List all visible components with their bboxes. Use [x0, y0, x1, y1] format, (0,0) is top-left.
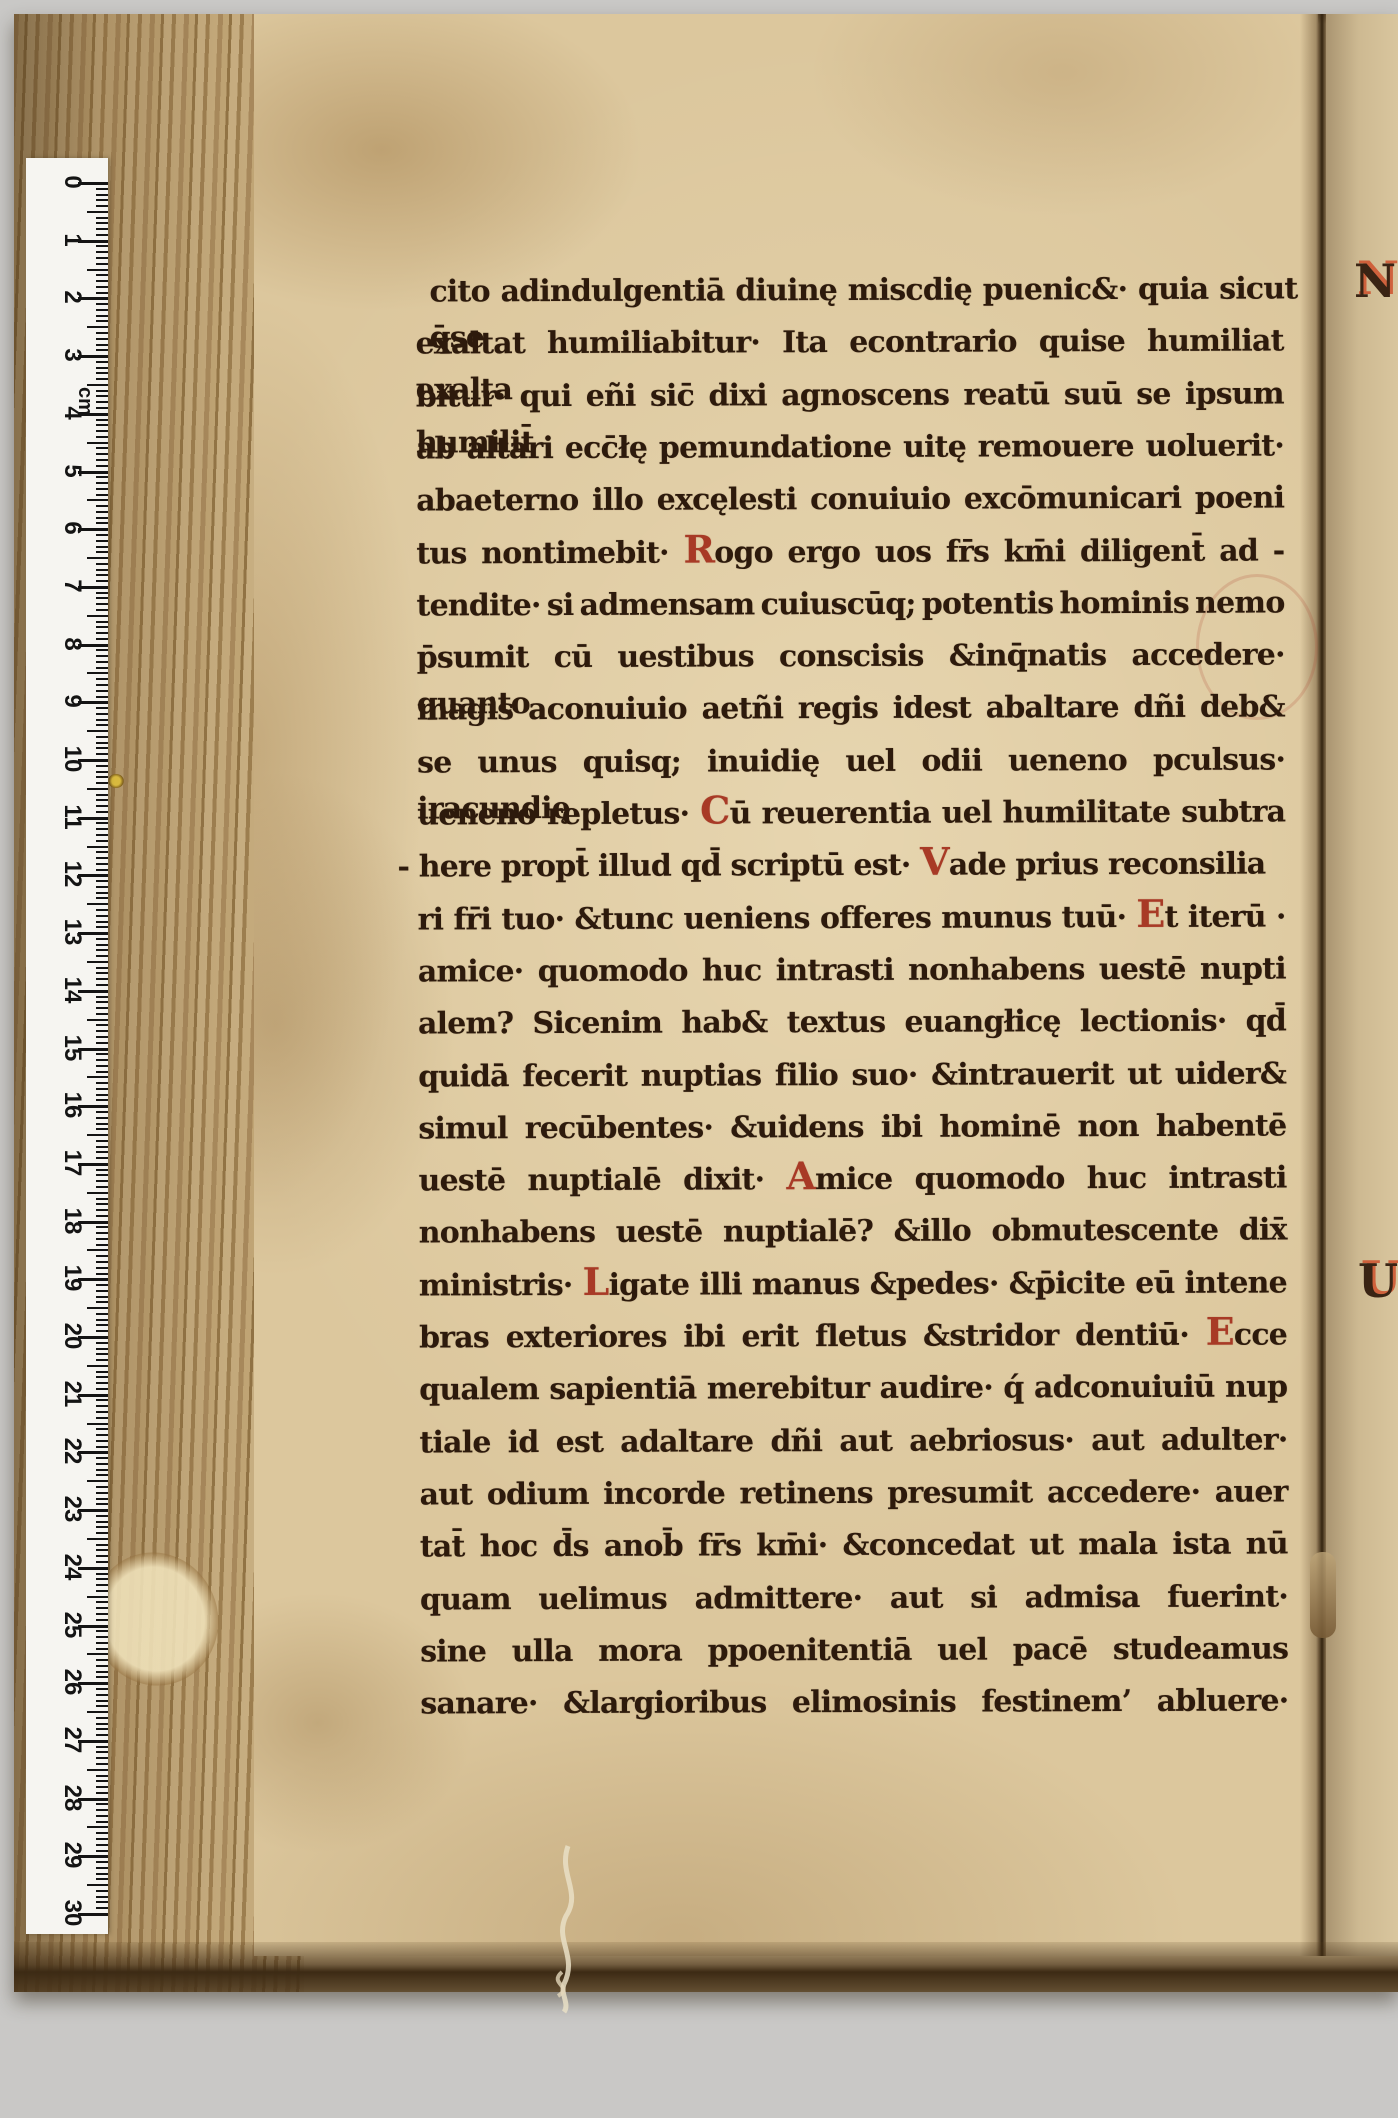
- ruler-tick: [96, 1549, 108, 1551]
- ruler-tick: [87, 211, 108, 213]
- ruler-tick: [96, 1832, 108, 1834]
- ruler-tick: [96, 1342, 108, 1344]
- ruler-tick: [96, 944, 108, 946]
- manuscript-line: tus nontimebit· Rogo ergo uos fr̄s km̄i …: [416, 528, 1284, 583]
- manuscript-line: qualem sapientiā merebitur audire· q́ ad…: [419, 1365, 1287, 1420]
- manuscript-line: tiale id est adaltare dñi aut aebriosus·…: [419, 1417, 1287, 1472]
- manuscript-text-segment: quam uelimus admittere· aut si admisa fu…: [420, 1579, 1288, 1617]
- ruler-number: 16: [57, 1089, 87, 1121]
- ruler-tick: [87, 1365, 108, 1367]
- ruler-tick: [96, 1353, 108, 1355]
- manuscript-line: bitur· qui eñi sic̄ dixi agnoscens reatū…: [416, 371, 1284, 426]
- ruler-tick: [96, 1850, 108, 1852]
- ruler-tick: [96, 1492, 108, 1494]
- ruler-number: 10: [57, 743, 87, 775]
- ruler-tick: [96, 395, 108, 397]
- ruler-tick: [96, 949, 108, 951]
- ruler-tick: [96, 511, 108, 513]
- ruler-tick: [96, 1873, 108, 1875]
- ruler-number: 6: [57, 512, 87, 544]
- ruler-tick: [87, 1192, 108, 1194]
- ruler-tick: [96, 880, 108, 882]
- ruler-tick: [87, 557, 108, 559]
- ruler-tick: [96, 840, 108, 842]
- ruler-tick: [96, 1474, 108, 1476]
- ruler-tick: [96, 1792, 108, 1794]
- ruler-tick: [96, 1059, 108, 1061]
- ruler-tick: [96, 1024, 108, 1026]
- ruler-number: 27: [57, 1724, 87, 1756]
- ruler-tick: [96, 707, 108, 709]
- manuscript-text-segment: qualem sapientiā merebitur audire· q́ ad…: [419, 1370, 1287, 1408]
- manuscript-line: bras exteriores ibi erit fletus &stridor…: [419, 1312, 1287, 1367]
- ruler-tick: [96, 1267, 108, 1269]
- ruler-tick: [96, 199, 108, 201]
- ruler-tick: [96, 1094, 108, 1096]
- ruler-tick: [96, 909, 108, 911]
- ruler-tick: [96, 1071, 108, 1073]
- ruler-tick: [96, 459, 108, 461]
- ruler-tick: [87, 1423, 108, 1425]
- ruler-tick: [96, 540, 108, 542]
- ruler-tick: [96, 742, 108, 744]
- manuscript-text-segment: tiale id est adaltare dñi aut aebriosus·…: [419, 1422, 1287, 1460]
- ruler-tick: [96, 344, 108, 346]
- manuscript-line: simul recūbentes· &uidens ibi hominē non…: [418, 1103, 1286, 1158]
- sewing-thread: [534, 1844, 604, 2014]
- rubric-initial: R: [683, 526, 714, 571]
- ruler-tick: [96, 1255, 108, 1257]
- manuscript-text-segment: t iterū ·: [1165, 899, 1286, 934]
- ruler-tick: [87, 1134, 108, 1136]
- ruler-tick: [96, 245, 108, 247]
- ruler-tick: [96, 436, 108, 438]
- ruler-tick: [96, 1838, 108, 1840]
- ruler-tick: [96, 1694, 108, 1696]
- manuscript-text-segment: amice· quomodo huc intrasti nonhabens ue…: [418, 951, 1286, 989]
- ruler-tick: [96, 857, 108, 859]
- ruler-tick: [96, 188, 108, 190]
- ruler-number: 0: [57, 166, 87, 198]
- ruler-tick: [96, 1901, 108, 1903]
- ruler-tick: [96, 921, 108, 923]
- manuscript-text-block: cito adindulgentiā diuinę miscdię puenic…: [415, 266, 1288, 1789]
- ruler-tick: [96, 1371, 108, 1373]
- ruler-number: 3: [57, 339, 87, 371]
- ruler-tick: [96, 332, 108, 334]
- manuscript-text-segment: tus nontimebit·: [416, 535, 683, 571]
- ruler-tick: [96, 649, 108, 651]
- ruler-tick: [96, 1757, 108, 1759]
- ruler-tick: [96, 1544, 108, 1546]
- ruler-tick: [87, 730, 108, 732]
- ruler-tick: [96, 1578, 108, 1580]
- facing-page-initial-u: U: [1358, 1254, 1398, 1308]
- ruler-tick: [96, 811, 108, 813]
- ruler-tick: [96, 1463, 108, 1465]
- ruler-tick: [96, 349, 108, 351]
- manuscript-line: p̄sumit cū uestibus conscisis &inq̄natis…: [417, 633, 1285, 688]
- ruler-tick: [96, 1226, 108, 1228]
- ruler-tick: [96, 603, 108, 605]
- ruler-tick: [96, 222, 108, 224]
- ruler-tick: [96, 1330, 108, 1332]
- ruler-tick: [96, 1123, 108, 1125]
- ruler-tick: [96, 372, 108, 374]
- ruler-number: 21: [57, 1378, 87, 1410]
- manuscript-line: cito adindulgentiā diuinę miscdię puenic…: [429, 266, 1297, 321]
- ruler-tick: [96, 569, 108, 571]
- ruler-tick: [96, 1590, 108, 1592]
- ruler-tick: [96, 1382, 108, 1384]
- ruler-tick: [96, 1607, 108, 1609]
- ruler-tick: [96, 1717, 108, 1719]
- manuscript-line: magis aconuiuio aetñi regis idest abalta…: [417, 685, 1285, 740]
- ruler-tick: [96, 1180, 108, 1182]
- ruler-tick: [96, 1440, 108, 1442]
- ruler-number: 17: [57, 1147, 87, 1179]
- ruler-number: 12: [57, 858, 87, 890]
- ruler-tick: [87, 1076, 108, 1078]
- ruler-tick: [96, 996, 108, 998]
- ruler-tick: [96, 886, 108, 888]
- ruler-tick: [96, 1036, 108, 1038]
- ruler-tick: [96, 1723, 108, 1725]
- ruler-tick: [96, 978, 108, 980]
- ruler-tick: [96, 1648, 108, 1650]
- ruler-number: 9: [57, 685, 87, 717]
- ruler-tick: [87, 1884, 108, 1886]
- manuscript-line: abaeterno illo excęlesti conuiuio excōmu…: [416, 476, 1284, 531]
- ruler-tick: [96, 361, 108, 363]
- ruler-tick: [96, 309, 108, 311]
- ruler-tick: [96, 1642, 108, 1644]
- ruler-tick: [87, 1596, 108, 1598]
- ruler-tick: [96, 1117, 108, 1119]
- ruler-tick: [96, 1867, 108, 1869]
- ruler-tick: [96, 1001, 108, 1003]
- ruler-tick: [96, 776, 108, 778]
- ruler-tick: [96, 1861, 108, 1863]
- manuscript-line: tendite· si admensam cuiuscūq; potentis …: [416, 580, 1284, 635]
- ruler-tick: [96, 1376, 108, 1378]
- ruler-number: 8: [57, 628, 87, 660]
- ruler-tick: [96, 1157, 108, 1159]
- manuscript-text-segment: - here propt̄ illud qd̄ scriptū est·: [397, 848, 920, 885]
- manuscript-text-segment: ri fr̄i tuo· &tunc ueniens offeres munus…: [418, 900, 1137, 938]
- ruler-number: 18: [57, 1205, 87, 1237]
- ruler-tick: [96, 794, 108, 796]
- ruler-tick: [96, 1411, 108, 1413]
- manuscript-text-segment: uestē nuptialē dixit·: [418, 1162, 786, 1198]
- ruler-tick: [96, 482, 108, 484]
- ruler-tick: [96, 1734, 108, 1736]
- manuscript-text-segment: tat̄ hoc d̄s anob̄ fr̄s km̄i· &concedat …: [420, 1527, 1288, 1565]
- ruler-tick: [96, 563, 108, 565]
- ruler-tick: [96, 580, 108, 582]
- ruler-tick: [96, 263, 108, 265]
- ruler-tick: [96, 1705, 108, 1707]
- ruler-tick: [96, 828, 108, 830]
- ruler-tick: [96, 1174, 108, 1176]
- ruler-tick: [96, 1780, 108, 1782]
- ruler-tick: [96, 522, 108, 524]
- manuscript-text-segment: ministris·: [419, 1268, 583, 1304]
- ruler-tick: [96, 1786, 108, 1788]
- ruler-tick: [87, 961, 108, 963]
- ruler-tick: [96, 494, 108, 496]
- manuscript-line: quidā fecerit nuptias filio suo· &intrau…: [418, 1051, 1286, 1106]
- ruler-tick: [96, 1613, 108, 1615]
- ruler-tick: [96, 747, 108, 749]
- manuscript-text-segment: abaeterno illo excęlesti conuiuio excōmu…: [416, 481, 1284, 519]
- ruler-number: 1: [57, 224, 87, 256]
- ruler-tick: [96, 632, 108, 634]
- ruler-tick: [96, 1815, 108, 1817]
- ruler-tick: [87, 384, 108, 386]
- ruler-tick: [96, 1261, 108, 1263]
- ruler-tick: [96, 609, 108, 611]
- ruler-tick: [96, 315, 108, 317]
- ruler-number: 11: [57, 801, 87, 833]
- manuscript-line: quam uelimus admittere· aut si admisa fu…: [420, 1574, 1288, 1629]
- manuscript-line: alem? Sicenim hab& textus euangłicę lect…: [418, 999, 1286, 1054]
- ruler-tick: [96, 696, 108, 698]
- ruler-tick: [96, 713, 108, 715]
- ruler-tick: [96, 251, 108, 253]
- ruler-tick: [96, 1215, 108, 1217]
- ruler-tick: [96, 1007, 108, 1009]
- ruler-tick: [87, 326, 108, 328]
- ruler-tick: [96, 1290, 108, 1292]
- ruler-tick: [96, 1065, 108, 1067]
- manuscript-text-segment: sine ulla mora ppoenitentiā uel pacē stu…: [420, 1631, 1288, 1669]
- ruler-tick: [96, 1013, 108, 1015]
- ruler-tick: [96, 1082, 108, 1084]
- ruler-number: 5: [57, 455, 87, 487]
- ruler-tick: [96, 551, 108, 553]
- ruler-tick: [87, 846, 108, 848]
- ruler-tick: [96, 655, 108, 657]
- manuscript-text-segment: ū reuerentia uel humilitate subtra: [730, 794, 1286, 831]
- manuscript-line: amice· quomodo huc intrasti nonhabens ue…: [418, 946, 1286, 1001]
- ruler-tick: [96, 753, 108, 755]
- ruler-tick: [96, 799, 108, 801]
- manuscript-text-segment: alem? Sicenim hab& textus euangłicę lect…: [418, 1004, 1286, 1042]
- ruler-tick: [96, 1844, 108, 1846]
- ruler-tick: [87, 1019, 108, 1021]
- ruler-tick: [96, 1498, 108, 1500]
- ruler-tick: [96, 1803, 108, 1805]
- manuscript-text-segment: tendite· si admensam cuiuscūq; potentis …: [416, 585, 1284, 623]
- ruler-tick: [96, 1665, 108, 1667]
- ruler-tick: [96, 1146, 108, 1148]
- ruler-tick: [96, 367, 108, 369]
- ruler-tick: [96, 505, 108, 507]
- ruler-tick: [96, 338, 108, 340]
- ruler-tick: [96, 626, 108, 628]
- ruler-number: 4: [57, 397, 87, 429]
- ruler-tick: [96, 546, 108, 548]
- manuscript-line: uestē nuptialē dixit· Amice quomodo huc …: [418, 1156, 1286, 1211]
- ruler-tick: [96, 892, 108, 894]
- ruler-tick: [96, 1238, 108, 1240]
- ruler-tick: [96, 638, 108, 640]
- ruler-tick: [96, 401, 108, 403]
- ruler-number: 19: [57, 1262, 87, 1294]
- ruler-tick: [96, 303, 108, 305]
- ruler-tick: [96, 1775, 108, 1777]
- ruler-tick: [87, 1249, 108, 1251]
- manuscript-line: tat̄ hoc d̄s anob̄ fr̄s km̄i· &concedat …: [420, 1522, 1288, 1577]
- ruler-tick: [96, 517, 108, 519]
- ruler-tick: [96, 938, 108, 940]
- manuscript-text-segment: bras exteriores ibi erit fletus &stridor…: [419, 1318, 1206, 1356]
- ruler-tick: [96, 1878, 108, 1880]
- ruler-tick: [96, 1561, 108, 1563]
- ruler-tick: [96, 863, 108, 865]
- cm-ruler: cm 0123456789101112131415161718192021222…: [26, 158, 108, 1934]
- ruler-tick: [96, 274, 108, 276]
- ruler-tick: [96, 834, 108, 836]
- ruler-tick: [96, 1203, 108, 1205]
- ruler-tick: [96, 320, 108, 322]
- manuscript-line: ri fr̄i tuo· &tunc ueniens offeres munus…: [418, 894, 1286, 949]
- ruler-tick: [96, 1469, 108, 1471]
- ruler-tick: [96, 765, 108, 767]
- manuscript-line: sine ulla mora ppoenitentiā uel pacē stu…: [420, 1626, 1288, 1681]
- ruler-tick: [96, 465, 108, 467]
- ruler-tick: [96, 447, 108, 449]
- ruler-tick: [96, 1296, 108, 1298]
- ruler-number: 29: [57, 1839, 87, 1871]
- manuscript-text-segment: ueneno repletus·: [417, 797, 700, 833]
- ruler-tick: [87, 903, 108, 905]
- ruler-tick: [96, 1601, 108, 1603]
- ruler-tick: [96, 1417, 108, 1419]
- ruler-tick: [96, 736, 108, 738]
- ruler-tick: [96, 805, 108, 807]
- ruler-tick: [96, 684, 108, 686]
- manuscript-text-segment: aut odium incorde retinens presumit acce…: [420, 1474, 1288, 1512]
- ruler-tick: [87, 1826, 108, 1828]
- manuscript-line: se unus quisq; inuidię uel odii ueneno p…: [417, 737, 1285, 792]
- ruler-number: 15: [57, 1032, 87, 1064]
- ruler-tick: [96, 1388, 108, 1390]
- ruler-tick: [96, 869, 108, 871]
- ruler-number: 30: [57, 1897, 87, 1929]
- ruler-tick: [96, 1746, 108, 1748]
- ruler-tick: [96, 1301, 108, 1303]
- ruler-tick: [96, 1169, 108, 1171]
- ruler-tick: [87, 499, 108, 501]
- ruler-tick: [96, 407, 108, 409]
- manuscript-line: ministris· Ligate illi manus &pedes· &p̄…: [419, 1260, 1287, 1315]
- rubric-initial: C: [700, 787, 730, 832]
- ruler-tick: [96, 1232, 108, 1234]
- gold-speck: [108, 774, 124, 788]
- manuscript-text-segment: sanare· &largioribus elimosinis festinem…: [420, 1684, 1288, 1722]
- ruler-tick: [96, 719, 108, 721]
- ruler-tick: [96, 621, 108, 623]
- ruler-tick: [96, 217, 108, 219]
- ruler-tick: [87, 1769, 108, 1771]
- ruler-tick: [96, 1324, 108, 1326]
- ruler-tick: [96, 1896, 108, 1898]
- facing-page-initial-n: N: [1354, 254, 1396, 308]
- ruler-number: 2: [57, 281, 87, 313]
- ruler-tick: [87, 1480, 108, 1482]
- ruler-tick: [96, 1405, 108, 1407]
- ruler-tick: [96, 1526, 108, 1528]
- ruler-tick: [96, 1671, 108, 1673]
- ruler-tick: [96, 1428, 108, 1430]
- ruler-tick: [96, 897, 108, 899]
- ruler-tick: [96, 1140, 108, 1142]
- ruler-tick: [96, 1399, 108, 1401]
- ruler-tick: [96, 1030, 108, 1032]
- ruler-number: 26: [57, 1666, 87, 1698]
- photo-backdrop: N U cm 012345678910111213141516171819202…: [0, 0, 1398, 2118]
- ruler-tick: [96, 592, 108, 594]
- ruler-tick: [96, 1676, 108, 1678]
- manuscript-text-segment: cce: [1234, 1317, 1287, 1352]
- ruler-tick: [96, 1284, 108, 1286]
- ruler-tick: [96, 424, 108, 426]
- rubric-initial: E: [1136, 891, 1164, 936]
- book-bottom-edge: [14, 1942, 1398, 1992]
- ruler-tick: [96, 286, 108, 288]
- ruler-tick: [96, 1053, 108, 1055]
- ruler-tick: [96, 1619, 108, 1621]
- ruler-tick: [96, 1821, 108, 1823]
- ruler-tick: [96, 690, 108, 692]
- ruler-number: 28: [57, 1782, 87, 1814]
- ruler-tick: [96, 257, 108, 259]
- ruler-tick: [87, 1307, 108, 1309]
- ruler-tick: [96, 724, 108, 726]
- ruler-tick: [96, 1273, 108, 1275]
- ruler-tick: [96, 1099, 108, 1101]
- ruler-tick: [96, 667, 108, 669]
- ruler-tick: [96, 1486, 108, 1488]
- ruler-number: 13: [57, 916, 87, 948]
- ruler-tick: [96, 1555, 108, 1557]
- sewing-band: [1310, 1552, 1336, 1638]
- ruler-tick: [96, 1521, 108, 1523]
- ruler-tick: [96, 955, 108, 957]
- ruler-tick: [96, 1128, 108, 1130]
- ruler-tick: [96, 1244, 108, 1246]
- manuscript-text-segment: magis aconuiuio aetñi regis idest abalta…: [417, 690, 1285, 728]
- ruler-tick: [96, 771, 108, 773]
- ruler-tick: [96, 1907, 108, 1909]
- rubric-initial: L: [583, 1259, 609, 1304]
- ruler-tick: [96, 678, 108, 680]
- ruler-tick: [96, 1359, 108, 1361]
- ruler-tick: [96, 1700, 108, 1702]
- ruler-number: 22: [57, 1435, 87, 1467]
- ruler-tick: [96, 488, 108, 490]
- ruler-tick: [96, 984, 108, 986]
- ruler-tick: [96, 782, 108, 784]
- manuscript-text-segment: ade prius reconsilia: [949, 847, 1266, 883]
- ruler-tick: [87, 615, 108, 617]
- ruler-tick: [96, 1313, 108, 1315]
- ruler-tick: [96, 1151, 108, 1153]
- manuscript-line: exaltat humiliabitur· Ita econtrario qui…: [416, 319, 1284, 374]
- ruler-tick: [96, 972, 108, 974]
